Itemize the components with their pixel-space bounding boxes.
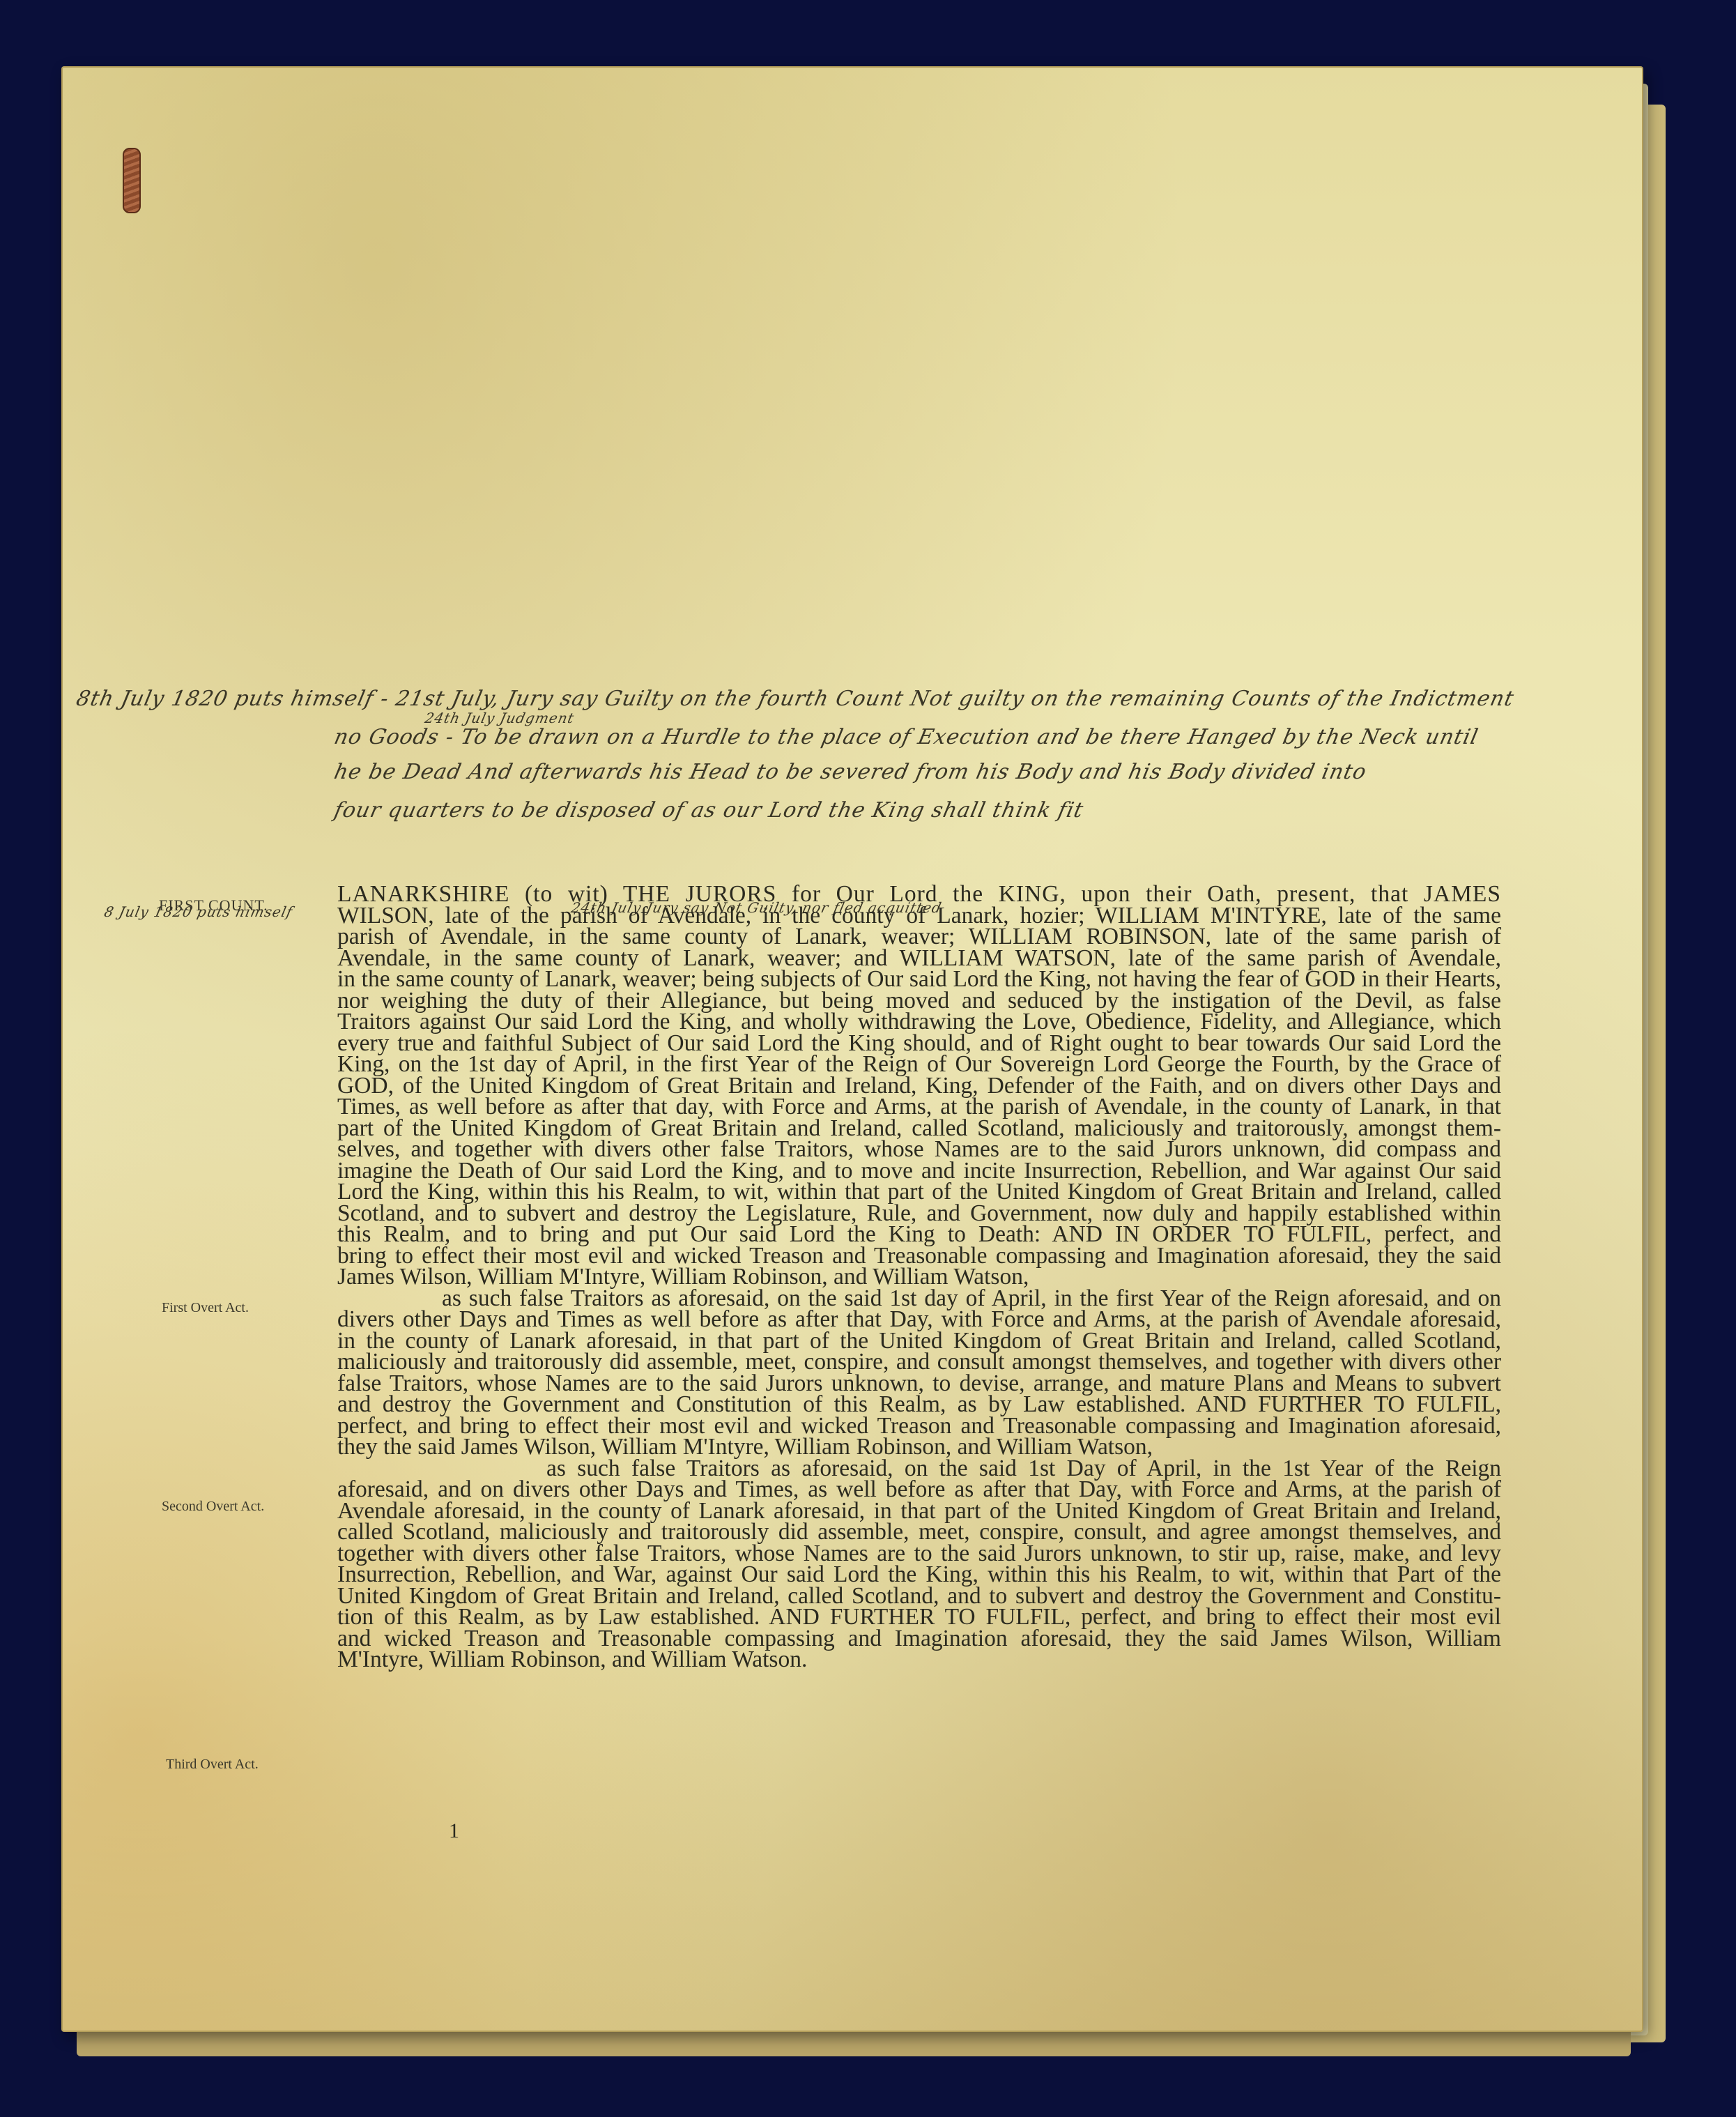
print-line: in the same county of Lanark, weaver; be… [337, 969, 1501, 991]
print-line: they the said James Wilson, William M'In… [337, 1437, 1501, 1458]
print-line: aforesaid, and on divers other Days and … [337, 1479, 1501, 1501]
manuscript-interlinear: 24th July Judgment [423, 710, 576, 726]
print-line: King, on the 1st day of April, in the fi… [337, 1054, 1501, 1076]
manuscript-line-2: no Goods - To be drawn on a Hurdle to th… [332, 725, 1480, 749]
first-overt-act-label: First Overt Act. [162, 1300, 249, 1316]
print-line: Insurrection, Rebellion, and War, agains… [337, 1564, 1501, 1586]
print-line: Times, as well before as after that day,… [337, 1096, 1501, 1118]
print-line: this Realm, and to bring and put Our sai… [337, 1224, 1501, 1246]
manuscript-line-1: 8th July 1820 puts himself - 21st July, … [74, 687, 1516, 711]
print-line: and destroy the Government and Constitut… [337, 1394, 1501, 1416]
manuscript-line-4: four quarters to be disposed of as our L… [332, 798, 1086, 823]
binding-tie [123, 148, 141, 213]
print-line: Lord the King, within this his Realm, to… [337, 1182, 1501, 1203]
first-count-label: FIRST COUNT. [159, 896, 268, 915]
print-line: selves, and together with divers other f… [337, 1139, 1501, 1161]
second-overt-act-label: Second Overt Act. [162, 1499, 264, 1515]
print-line: maliciously and traitorously did assembl… [337, 1352, 1501, 1373]
print-line: Traitors against Our said Lord the King,… [337, 1011, 1501, 1033]
print-line: parish of Avendale, in the same county o… [337, 926, 1501, 948]
print-line: divers other Days and Times as well befo… [337, 1309, 1501, 1331]
page-number: 1 [449, 1819, 459, 1843]
indictment-body: LANARKSHIRE (to wit) THE JURORS for Our … [337, 884, 1501, 1671]
manuscript-line-3: he be Dead And afterwards his Head to be… [332, 760, 1369, 784]
print-line: LANARKSHIRE (to wit) THE JURORS for Our … [337, 884, 1501, 905]
print-line: called Scotland, maliciously and traitor… [337, 1522, 1501, 1543]
third-overt-act-label: Third Overt Act. [166, 1757, 259, 1773]
print-line: M'Intyre, William Robinson, and William … [337, 1649, 1501, 1671]
print-line: tion of this Realm, as by Law establishe… [337, 1607, 1501, 1628]
print-line: James Wilson, William M'Intyre, William … [337, 1267, 1501, 1288]
